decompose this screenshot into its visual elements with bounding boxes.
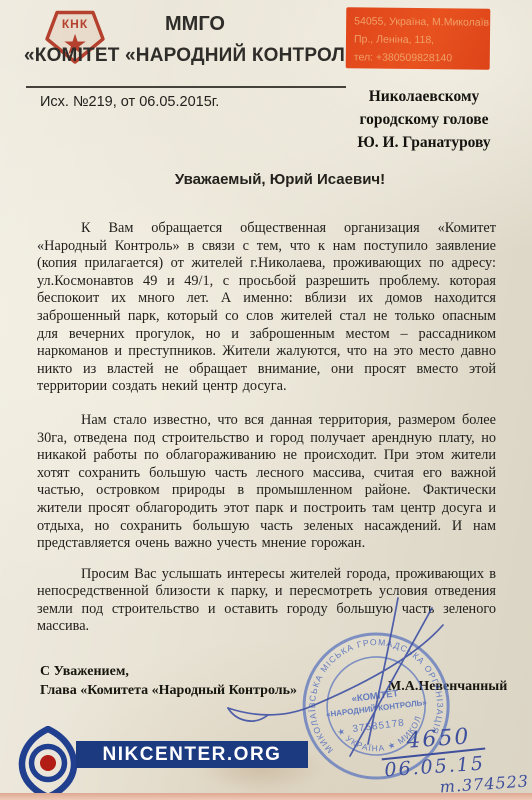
reference-number-line: Исх. №219, от 06.05.2015г.: [40, 94, 219, 110]
letter-body: К Вам обращается общественная организаци…: [37, 220, 496, 636]
org-name-line2: «КОМІТЕТ «НАРОДНИЙ КОНТРОЛЬ»: [24, 45, 360, 67]
body-paragraph-2: Нам стало известно, что вся данная терри…: [37, 412, 496, 553]
watermark-banner: NIKCENTER.ORG: [76, 741, 308, 768]
org-name-line1: ММГО: [30, 13, 360, 36]
recipient-line3: Ю. И. Гранатурову: [338, 131, 510, 154]
address-line2: Пр., Леніна, 118,: [354, 30, 490, 49]
signoff-closing: С Уважением,: [40, 664, 129, 680]
recipient-block: Николаевскому городскому голове Ю. И. Гр…: [338, 85, 510, 154]
salutation: Уважаемый, Юрий Исаевич!: [120, 171, 440, 188]
recipient-line2: городскому голове: [338, 108, 510, 131]
address-line3: тел: +380509828140: [354, 48, 490, 67]
address-box: 54055, Україна, М.Миколаїв Пр., Леніна, …: [346, 7, 491, 70]
nikcenter-eye-logo: [12, 726, 84, 800]
scanned-letter-page: КНК ★ ММГО «КОМІТЕТ «НАРОДНИЙ КОНТРОЛЬ» …: [0, 0, 532, 800]
body-paragraph-1: К Вам обращается общественная организаци…: [37, 220, 496, 396]
header-divider: [26, 86, 346, 88]
recipient-line1: Николаевскому: [338, 85, 510, 108]
eye-logo-dot: [40, 755, 56, 771]
address-line1: 54055, Україна, М.Миколаїв: [354, 12, 490, 31]
handwritten-registration: 4650 06.05.15 т.374523: [356, 720, 532, 800]
scan-edge-strip: [0, 793, 532, 800]
